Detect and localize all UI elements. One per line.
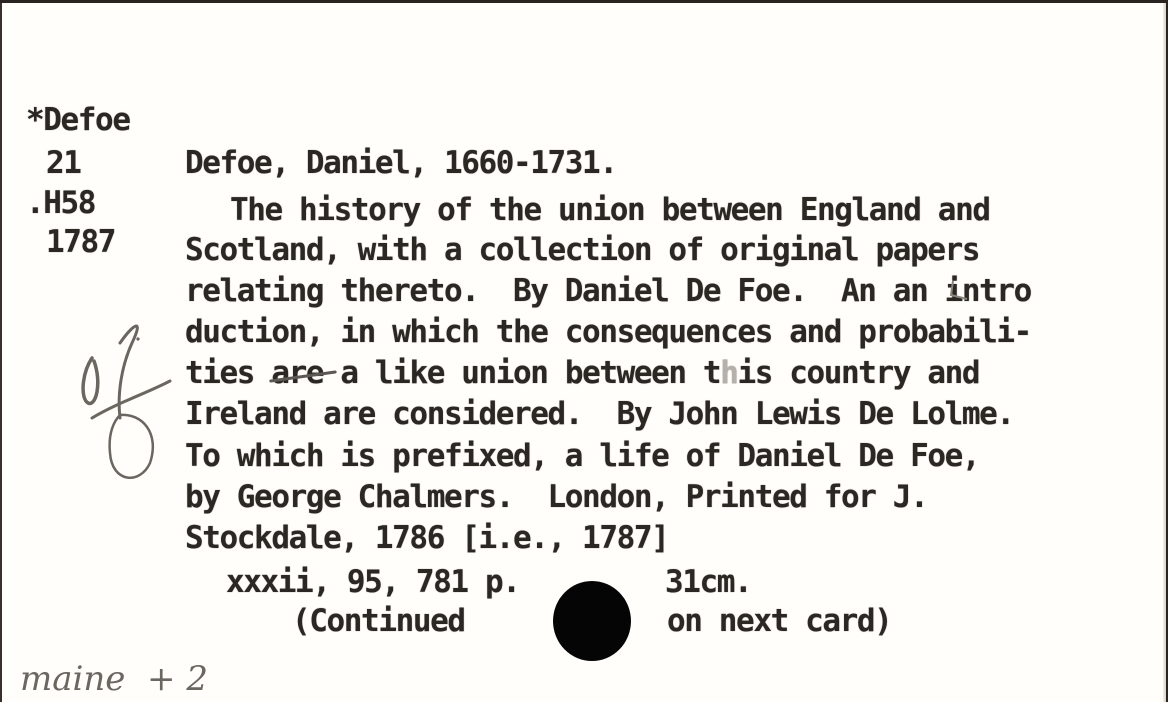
text-fragment: a like union between t [323,355,720,391]
text-fragment: ties [185,355,254,391]
call-number-line-2: 21 [46,148,81,179]
continued-label-left: (Continued [292,606,465,637]
description-line: To which is prefixed, a life of Daniel D… [185,441,979,472]
description-line: duction, in which the consequences and p… [185,317,1031,348]
continued-label-right: on next card) [667,606,891,637]
text-fragment: is country and [737,355,979,391]
description-line: Ireland are considered. By John Lewis De… [185,399,1014,430]
catalog-card: *Defoe 21 .H58 1787 Defoe, Daniel, 1660-… [0,3,1166,702]
handwritten-note: maine + 2 [20,659,208,699]
handwritten-margin-mark [62,303,192,493]
author-heading: Defoe, Daniel, 1660-1731. [185,148,617,179]
description-line: relating thereto. By Daniel De Foe. An a… [185,276,1031,307]
description-line: by George Chalmers. London, Printed for … [185,482,927,513]
call-number-line-1: *Defoe [26,105,130,136]
insertion-caret-mark [947,279,973,305]
description-line: Stockdale, 1786 [i.e., 1787] [185,523,668,554]
call-number-line-3: .H58 [26,188,95,219]
description-line: ties are a like union between this count… [185,358,979,389]
faint-letter: h [720,355,737,391]
call-number-line-4: 1787 [46,227,115,258]
collation-pages: xxxii, 95, 781 p. [226,567,519,598]
collation-size: 31cm. [665,567,751,598]
description-line: The history of the union between England… [230,195,990,226]
description-line: Scotland, with a collection of original … [185,235,979,266]
struck-word: are [271,358,323,389]
punch-hole [553,581,631,661]
